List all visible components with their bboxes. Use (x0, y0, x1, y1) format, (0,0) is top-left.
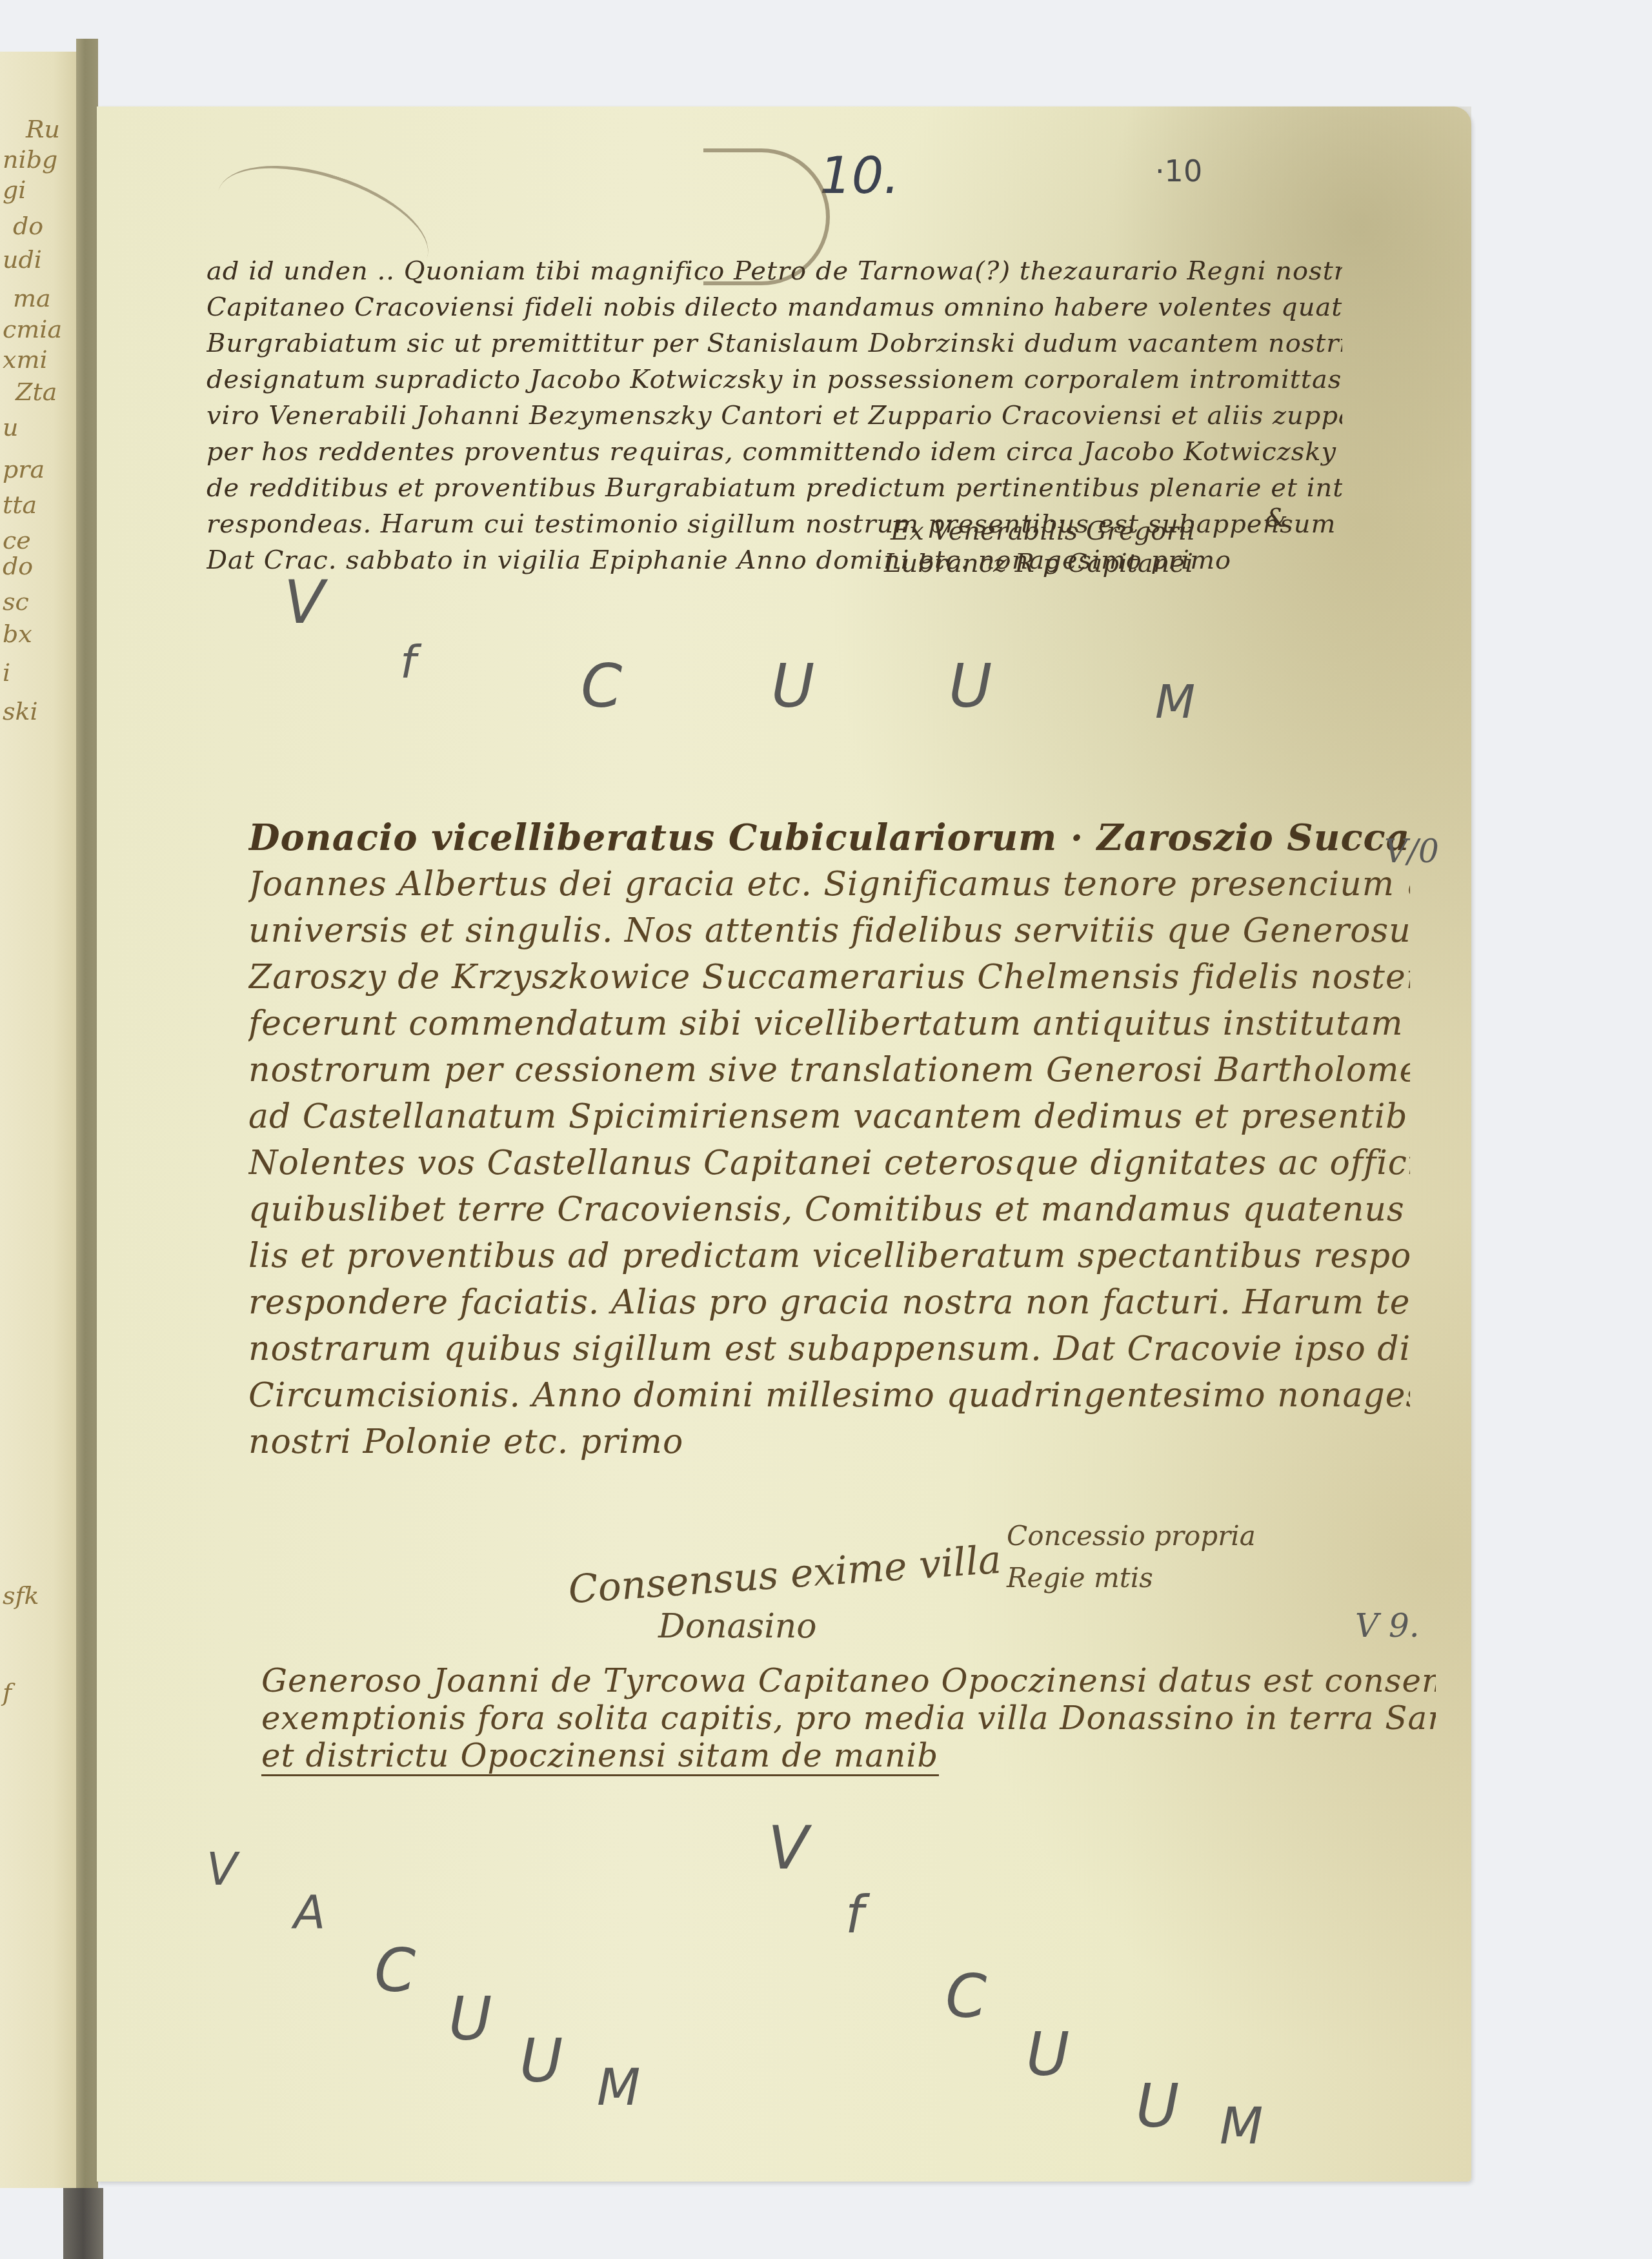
book-gutter (76, 39, 98, 2259)
text-line: quibuslibet terre Cracoviensis, Comitibu… (248, 1186, 1410, 1233)
text-line: Zaroszy de Krzyszkowice Succamerarius Ch… (248, 954, 1410, 1000)
margin-note-donasino: Donasino (658, 1607, 817, 1646)
pencil-mark: A (294, 1885, 325, 1939)
text-line: fecerunt commendatum sibi vicellibertatu… (248, 1000, 1410, 1047)
text-line: nostrorum per cessionem sive translation… (248, 1047, 1410, 1093)
signature-line-2: Lubrancz R p Capitanei (884, 549, 1193, 578)
margin-mark: V 9. (1355, 1607, 1420, 1645)
pencil-mark: U (1136, 2072, 1179, 2141)
left-page-fragment: sfk (3, 1581, 39, 1610)
left-page-fragment: tta (3, 491, 37, 519)
pencil-mark: M (597, 2059, 640, 2117)
text-line: designatum supradicto Jacobo Kotwiczsky … (206, 361, 1342, 398)
left-page-fragment: sc (3, 587, 29, 616)
left-page-fragment: pra (3, 455, 45, 483)
pencil-mark: U (1026, 2020, 1069, 2089)
binding-strip (63, 2188, 103, 2259)
left-page-fragment: Ru (26, 115, 60, 143)
text-line: universis et singulis. Nos attentis fide… (248, 907, 1410, 954)
text-line: Generoso Joanni de Tyrcowa Capitaneo Opo… (261, 1662, 1436, 1699)
text-line: Capitaneo Cracoviensi fideli nobis dilec… (206, 289, 1342, 325)
entry-2-text: Donacio vicelliberatus Cubiculariorum · … (248, 815, 1410, 1465)
pencil-mark: C (374, 1936, 416, 2005)
text-line: respondere faciatis. Alias pro gracia no… (248, 1279, 1410, 1326)
left-page-fragment: ce (3, 526, 31, 554)
left-page-fragment: udi (3, 245, 42, 274)
left-page-fragment: i (3, 658, 10, 687)
pencil-mark: M (1220, 2098, 1263, 2156)
text-line: ad id unden .. Quoniam tibi magnifico Pe… (206, 253, 1342, 289)
pencil-mark: M (1155, 674, 1195, 729)
left-page-fragment: nibg (3, 145, 57, 174)
pencil-mark: C (945, 1962, 987, 2031)
margin-note-concessio: Concessio propria (1007, 1520, 1256, 1552)
text-line: ad Castellanatum Spicimiriensem vacantem… (248, 1093, 1410, 1140)
text-line: Joannes Albertus dei gracia etc. Signifi… (248, 861, 1410, 907)
text-line: lis et proventibus ad predictam vicellib… (248, 1233, 1410, 1279)
signature-ampersand: & (1265, 503, 1288, 533)
folio-number-secondary: ·10 (1155, 154, 1202, 188)
pencil-mark: U (448, 1985, 492, 2054)
left-page-fragment: Zta (15, 378, 57, 406)
left-facing-page: Ru nibg gi do udi ma cmia xmi Zta u pra … (0, 52, 76, 2188)
left-page-fragment: u (3, 413, 18, 441)
text-line: nostri Polonie etc. primo (248, 1419, 1410, 1465)
pencil-mark: U (519, 2027, 563, 2096)
entry-heading: Donacio vicelliberatus Cubiculariorum · … (248, 815, 1410, 861)
pencil-mark: f (845, 1885, 863, 1945)
pencil-mark: f (400, 636, 416, 689)
left-page-fragment: f (3, 1678, 12, 1707)
text-line: Nolentes vos Castellanus Capitanei ceter… (248, 1140, 1410, 1186)
text-line: exemptionis fora solita capitis, pro med… (261, 1699, 1436, 1737)
left-page-fragment: bx (3, 620, 32, 648)
left-page-fragment: ski (3, 697, 38, 725)
left-page-fragment: cmia (3, 315, 62, 343)
margin-note-regie: Regie mtis (1007, 1562, 1153, 1594)
left-page-fragment: gi (3, 176, 26, 204)
margin-mark: V/0 (1384, 833, 1439, 870)
folio-number: 10. (820, 147, 900, 205)
pencil-mark: V (206, 1843, 237, 1896)
text-line: et districtu Opoczinensi sitam de manibu… (261, 1737, 939, 1776)
left-page-fragment: ma (13, 284, 51, 312)
pencil-mark: V (768, 1814, 809, 1883)
signature-line-1: Ex Venerabilis Gregorii (891, 516, 1195, 546)
text-line: de redditibus et proventibus Burgrabiatu… (206, 470, 1342, 506)
text-line: nostrarum quibus sigillum est subappensu… (248, 1326, 1410, 1372)
pencil-mark: U (949, 652, 992, 721)
text-line: Circumcisionis. Anno domini millesimo qu… (248, 1372, 1410, 1419)
pencil-mark: C (581, 652, 622, 721)
left-page-fragment: xmi (3, 345, 48, 374)
pencil-mark: U (771, 652, 814, 721)
text-line: per hos reddentes proventus requiras, co… (206, 434, 1342, 470)
text-line: viro Venerabili Johanni Bezymenszky Cant… (206, 398, 1342, 434)
text-line: Burgrabiatum sic ut premittitur per Stan… (206, 325, 1342, 361)
left-page-fragment: do (3, 552, 33, 580)
left-page-fragment: do (13, 212, 43, 240)
entry-3-text: Generoso Joanni de Tyrcowa Capitaneo Opo… (261, 1662, 1436, 1776)
pencil-mark: V (284, 568, 325, 637)
